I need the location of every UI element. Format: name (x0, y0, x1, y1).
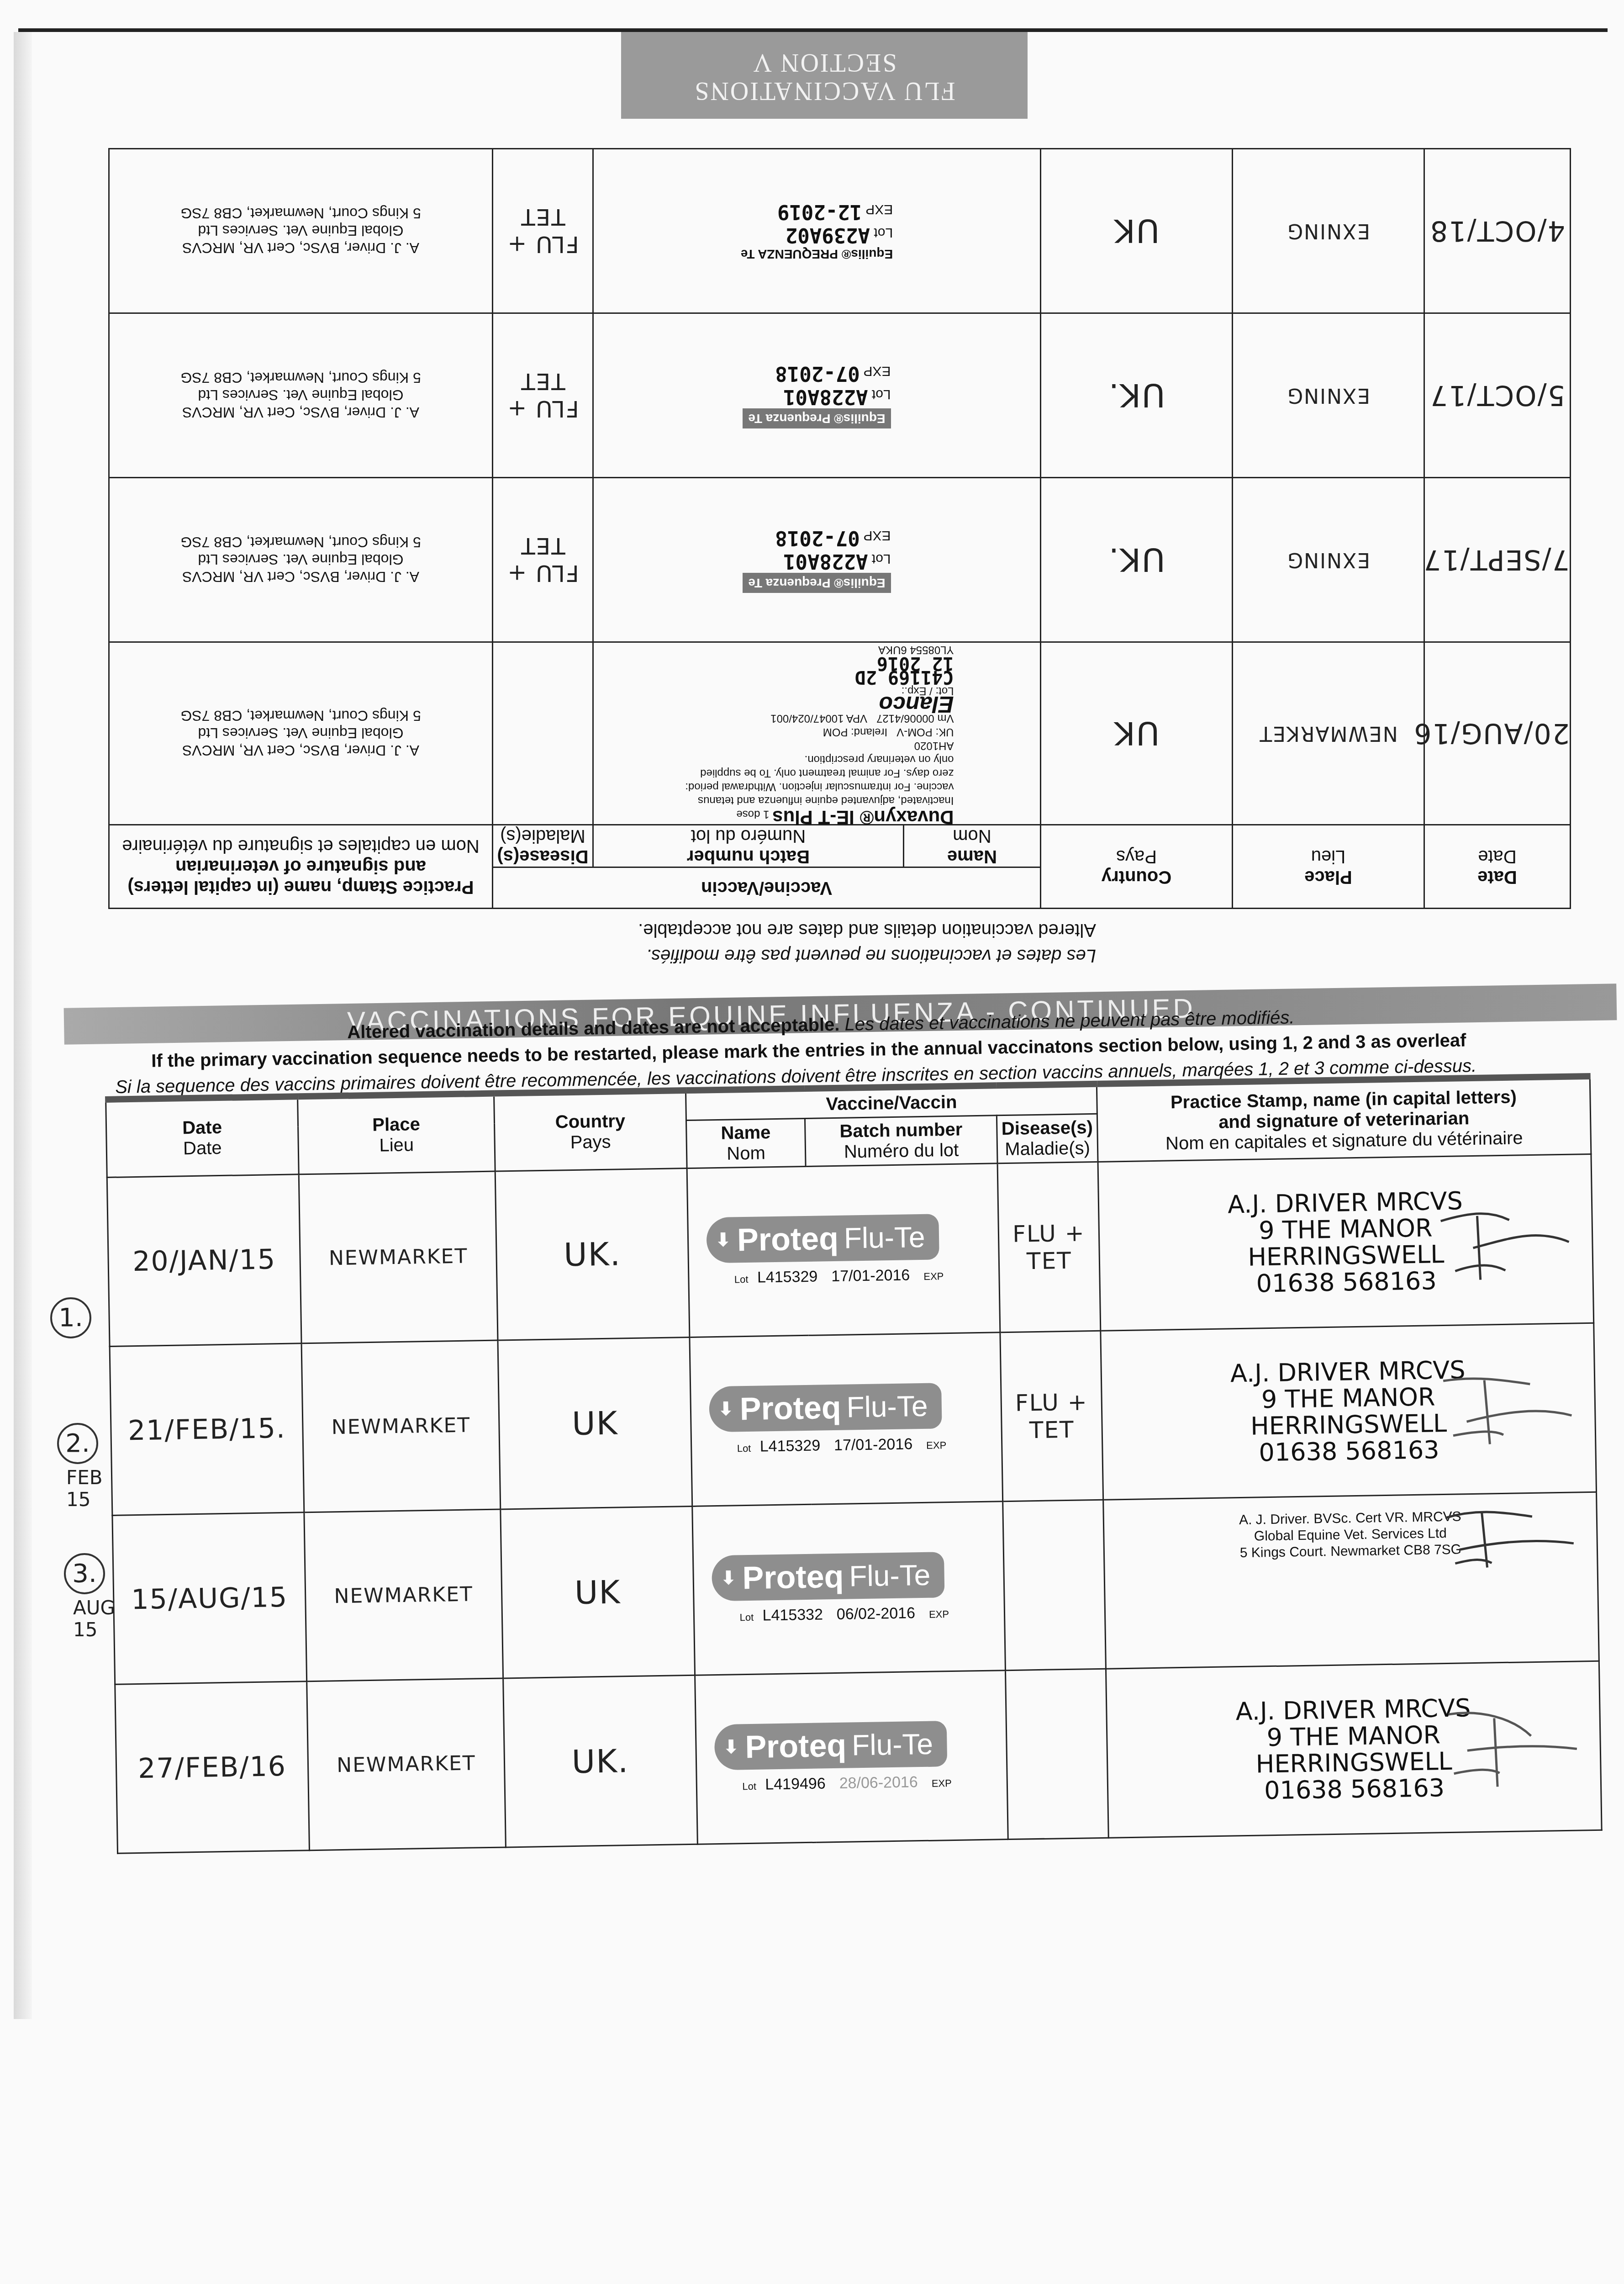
down-arrow-icon: ⬇ (721, 1567, 736, 1589)
proteq-sticker: ⬇ProteqFlu-Te Lot L41949628/06-2016EXP (714, 1720, 989, 1794)
proteq-sticker: ⬇ProteqFlu-Te Lot L41532917/01-2016EXP (709, 1382, 984, 1456)
disease-cell: FLU + TET (493, 149, 593, 313)
stamp-cell: A. J. Driver, BVSc, Cert VR, MRCVS Globa… (109, 149, 493, 313)
circled-number: 2. (57, 1423, 98, 1464)
stamp-cell: A.J. DRIVER MRCVS9 THE MANOR HERRINGSWEL… (1098, 1154, 1594, 1331)
vet-stamp: A. J. Driver, BVSc, Cert VR, MRCVS Globa… (110, 205, 492, 257)
equilis-sticker: Equilis® Prequenza Te Lot A228A01 EXP 07… (743, 362, 891, 429)
circled-number: 3. (64, 1553, 105, 1594)
down-arrow-icon: ⬇ (715, 1230, 731, 1251)
vaccine-sticker-cell: Equilis® PREQUENZA Te Lot A239A02 EXP 12… (593, 149, 1041, 313)
date-cell: 5/OCT/17 (1424, 313, 1571, 478)
vet-stamp: A.J. DRIVER MRCVS9 THE MANOR HERRINGSWEL… (1230, 1357, 1467, 1466)
table-row: 5/OCT/17 EXNING UK. Equilis® Prequenza T… (109, 313, 1571, 478)
vet-stamp: A. J. Driver, BVSc, Cert VR, MRCVS Globa… (110, 534, 492, 586)
place-cell: NEWMARKET (299, 1171, 498, 1343)
vet-stamp: A.J. DRIVER MRCVS9 THE MANOR HERRINGSWEL… (1228, 1188, 1464, 1297)
proteq-sticker: ⬇ProteqFlu-Te Lot L41533206/02-2016EXP (711, 1551, 986, 1625)
duvaxyn-sticker: Duvaxyn® IE-T Plus 1 dose Inactivated, a… (680, 643, 954, 824)
margin-annotation-1: 1. (50, 1297, 91, 1338)
col-date: DateDate (1424, 825, 1571, 909)
table-row: 15/AUG/15 NEWMARKET UK ⬇ProteqFlu-Te Lot… (112, 1492, 1599, 1684)
col-date: DateDate (106, 1096, 299, 1177)
disease-cell (1005, 1669, 1108, 1839)
date-cell: 21/FEB/15. (110, 1343, 304, 1516)
table-row: 21/FEB/15. NEWMARKET UK ⬇ProteqFlu-Te Lo… (110, 1323, 1596, 1515)
date-cell: 7/SEPT/17 (1424, 478, 1571, 642)
stamp-cell: A. J. Driver, BVSc, Cert VR, MRCVS Globa… (109, 478, 493, 642)
col-vaccine-group: Vaccine/Vaccin (493, 867, 1041, 909)
place-cell: NEWMARKET (307, 1678, 506, 1850)
down-arrow-icon: ⬇ (723, 1736, 739, 1758)
upper-notes: Les dates et vaccinations ne peuvent pas… (638, 917, 1096, 968)
table-row: 20/AUG/16 NEWMARKET UK Duvaxyn® IE-T Plu… (109, 642, 1571, 825)
table-row: 7/SEPT/17 EXNING UK. Equilis® Prequenza … (109, 478, 1571, 642)
vaccine-sticker-cell: ⬇ProteqFlu-Te Lot L41949628/06-2016EXP (695, 1671, 1008, 1845)
elanco-logo: Elanco (680, 698, 954, 711)
date-cell: 15/AUG/15 (112, 1512, 307, 1685)
lower-vaccination-table: DateDate PlaceLieu CountryPays Vaccine/V… (105, 1073, 1603, 1854)
disease-cell: FLU + TET (493, 478, 593, 642)
place-cell: NEWMARKET (304, 1509, 503, 1681)
stamp-cell: A.J. DRIVER MRCVS9 THE MANOR HERRINGSWEL… (1101, 1323, 1597, 1500)
margin-note-text: FEB 15 (57, 1467, 98, 1511)
scanned-document: Les dates et vaccinations ne peuvent pas… (0, 0, 1624, 2284)
date-cell: 27/FEB/16 (115, 1681, 310, 1854)
proteq-sticker: ⬇ProteqFlu-Te Lot L41532917/01-2016EXP (706, 1213, 981, 1287)
vaccine-sticker-cell: Equilis® Prequenza Te Lot A228A01 EXP 07… (593, 313, 1041, 478)
page-top-border (18, 28, 1608, 32)
stamp-cell: A. J. Driver. BVSc. Cert VR. MRCVSGlobal… (1103, 1492, 1599, 1669)
equilis-sticker: Equilis® PREQUENZA Te Lot A239A02 EXP 12… (741, 201, 893, 262)
country-cell: UK (498, 1337, 692, 1509)
stamp-cell: A.J. DRIVER MRCVS9 THE MANOR HERRINGSWEL… (1106, 1661, 1602, 1838)
lower-table-wrap: DateDate PlaceLieu CountryPays Vaccine/V… (105, 1073, 1601, 1854)
col-disease: Disease(s)Maladie(s) (493, 825, 593, 867)
col-stamp: Practice Stamp, name (in capital letters… (109, 825, 493, 909)
upper-note-en: Altered vaccination details and dates ar… (638, 917, 1096, 943)
disease-cell: FLU + TET (1000, 1331, 1103, 1501)
vaccine-sticker-cell: ⬇ProteqFlu-Te Lot L41532917/01-2016EXP (690, 1332, 1003, 1507)
vaccine-sticker-cell: Equilis® Prequenza Te Lot A228A01 EXP 07… (593, 478, 1041, 642)
country-cell: UK (501, 1506, 695, 1678)
country-cell: UK. (495, 1168, 690, 1341)
col-place: PlaceLieu (1233, 825, 1424, 909)
country-cell: UK (1041, 642, 1233, 825)
date-cell: 4/OCT/18 (1424, 149, 1571, 313)
place-cell: NEWMARKET (301, 1340, 501, 1512)
country-cell: UK. (1041, 313, 1233, 478)
col-country: CountryPays (1041, 825, 1233, 909)
col-name: NameNom (686, 1118, 806, 1168)
place-cell: EXNING (1233, 313, 1424, 478)
col-batch: Batch numberNuméro du lot (593, 825, 904, 867)
circled-number: 1. (50, 1297, 91, 1338)
table-row: 20/JAN/15 NEWMARKET UK. ⬇ProteqFlu-Te Lo… (107, 1154, 1593, 1346)
col-country: CountryPays (494, 1090, 687, 1171)
vet-stamp: A. J. Driver, BVSc, Cert VR, MRCVS Globa… (110, 370, 492, 422)
disease-cell (493, 642, 593, 825)
col-name: NameNom (904, 825, 1041, 867)
signature-icon (1444, 1698, 1582, 1792)
table-row: 4/OCT/18 EXNING UK Equilis® PREQUENZA Te… (109, 149, 1571, 313)
section-banner: FLU VACCINATIONS SECTION V (621, 32, 1028, 119)
upper-vaccination-table: DateDate PlaceLieu CountryPays Vaccine/V… (108, 148, 1571, 909)
vet-stamp: A.J. DRIVER MRCVS9 THE MANOR HERRINGSWEL… (1235, 1695, 1472, 1804)
signature-icon (1436, 1192, 1574, 1285)
col-batch: Batch numberNuméro du lot (805, 1116, 997, 1167)
vaccine-sticker-cell: Duvaxyn® IE-T Plus 1 dose Inactivated, a… (593, 642, 1041, 825)
disease-cell: FLU + TET (493, 313, 593, 478)
equilis-sticker: Equilis® Prequenza Te Lot A228A01 EXP 07… (743, 527, 891, 593)
stamp-cell: A. J. Driver, BVSc, Cert VR, MRCVS Globa… (109, 313, 493, 478)
vaccine-sticker-cell: ⬇ProteqFlu-Te Lot L41532917/01-2016EXP (687, 1163, 1000, 1338)
binding-shadow (14, 32, 32, 2019)
down-arrow-icon: ⬇ (718, 1398, 733, 1420)
disease-cell (1003, 1500, 1106, 1670)
col-stamp: Practice Stamp, name (in capital letters… (1097, 1076, 1591, 1162)
vet-stamp: A. J. Driver, BVSc, Cert VR, MRCVS Globa… (110, 708, 492, 760)
vaccine-sticker-cell: ⬇ProteqFlu-Te Lot L41533206/02-2016EXP (692, 1502, 1006, 1676)
upper-note-fr: Les dates et vaccinations ne peuvent pas… (638, 943, 1096, 968)
place-cell: EXNING (1233, 149, 1424, 313)
disease-cell: FLU + TET (997, 1162, 1101, 1332)
date-cell: 20/AUG/16 (1424, 642, 1571, 825)
margin-note-text: AUG 15 (64, 1597, 105, 1641)
table-row: 27/FEB/16 NEWMARKET UK. ⬇ProteqFlu-Te Lo… (115, 1661, 1602, 1853)
margin-annotation-2: 2. FEB 15 (57, 1423, 98, 1511)
stamp-cell: A. J. Driver, BVSc, Cert VR, MRCVS Globa… (109, 642, 493, 825)
upper-page-flu-vaccinations: Les dates et vaccinations ne peuvent pas… (105, 32, 1576, 982)
margin-annotation-3: 3. AUG 15 (64, 1553, 105, 1641)
signature-icon (1440, 1497, 1579, 1591)
col-disease: Disease(s)Maladie(s) (997, 1114, 1098, 1163)
country-cell: UK (1041, 149, 1233, 313)
date-cell: 20/JAN/15 (107, 1174, 301, 1347)
place-cell: NEWMARKET (1233, 642, 1424, 825)
vet-stamp: A. J. Driver. BVSc. Cert VR. MRCVSGlobal… (1239, 1508, 1462, 1561)
signature-icon (1439, 1361, 1577, 1454)
country-cell: UK. (1041, 478, 1233, 642)
col-place: PlaceLieu (298, 1094, 496, 1174)
place-cell: EXNING (1233, 478, 1424, 642)
country-cell: UK. (503, 1675, 698, 1847)
